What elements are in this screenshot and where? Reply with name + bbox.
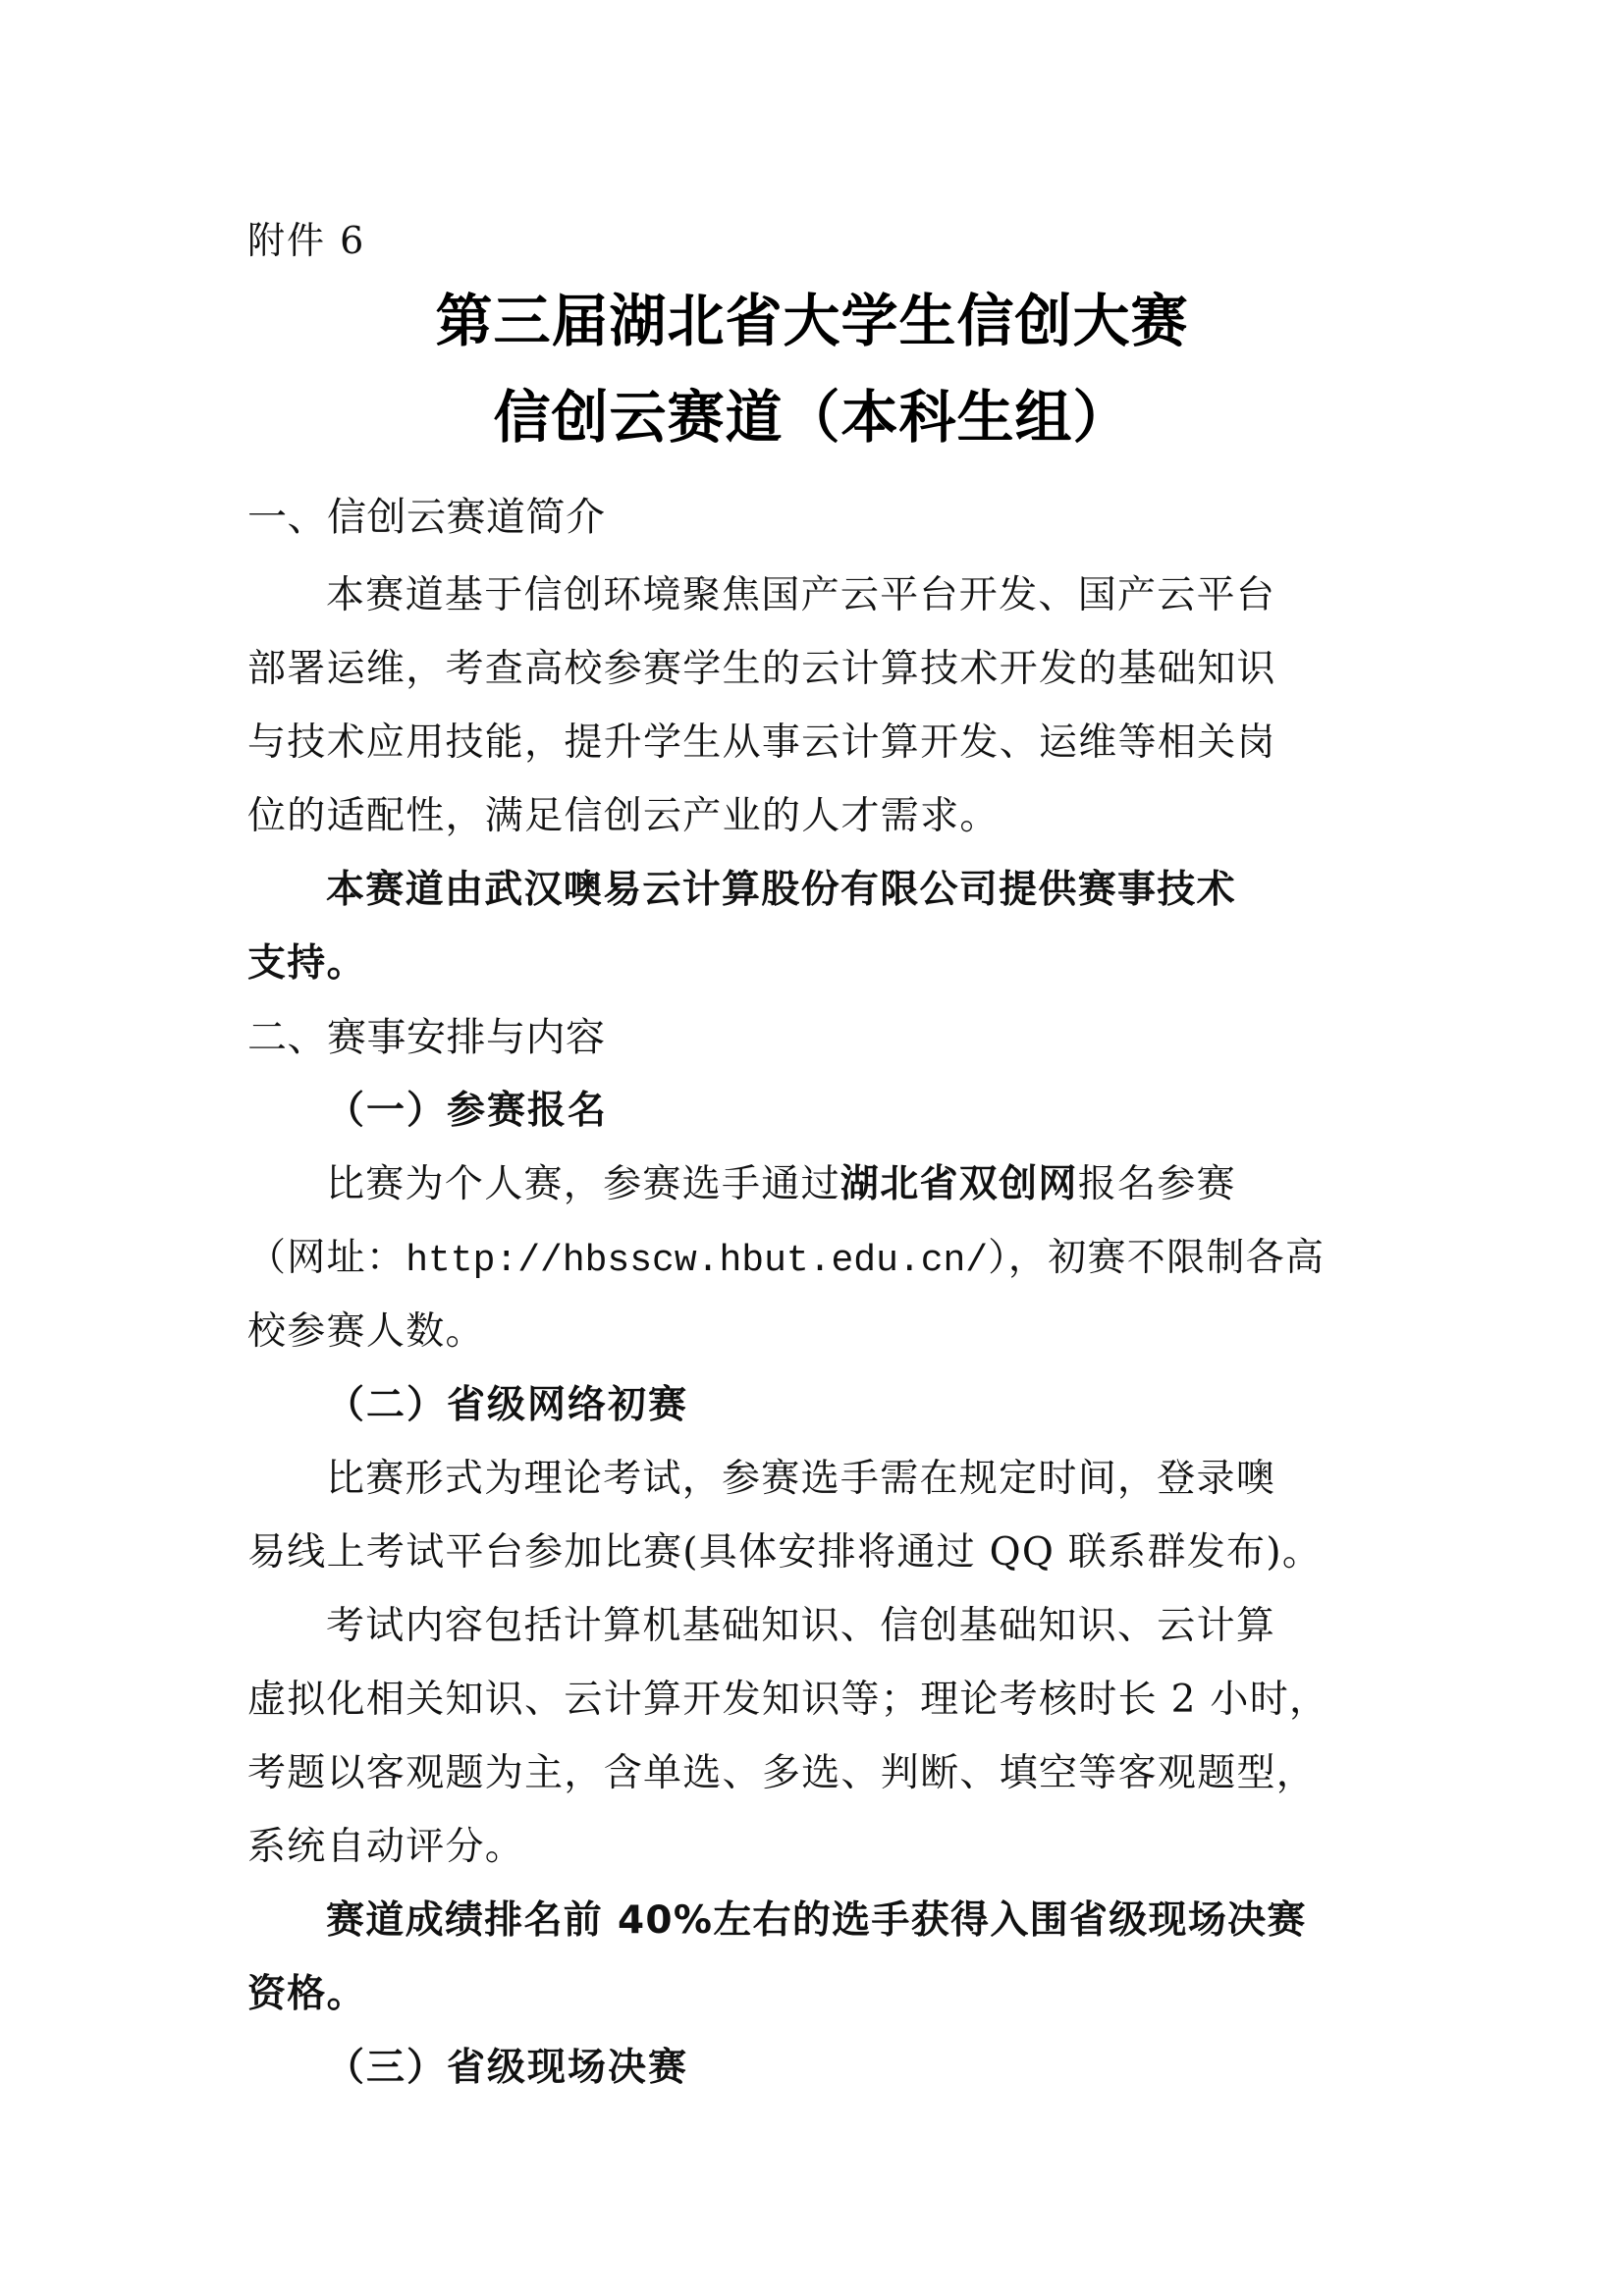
sub2-para-line: 虚拟化相关知识、云计算开发知识等；理论考核时长 2 小时， xyxy=(247,1676,1386,1725)
sub1-line: 比赛为个人赛，参赛选手通过湖北省双创网报名参赛 xyxy=(326,1160,1386,1209)
sub2-para-line: 系统自动评分。 xyxy=(247,1823,1386,1872)
section1-support-line: 本赛道由武汉噢易云计算股份有限公司提供赛事技术 xyxy=(326,866,1386,915)
section1-para-line: 位的适配性，满足信创云产业的人才需求。 xyxy=(247,792,1386,841)
sub1-heading: （一）参赛报名 xyxy=(326,1087,1465,1136)
sub1-text: ），初赛不限制各高 xyxy=(988,1236,1325,1280)
registration-url-link[interactable]: http://hbsscw.hbut.edu.cn/ xyxy=(406,1240,988,1282)
annex-label: 附件 6 xyxy=(247,216,365,265)
sub1-line: 校参赛人数。 xyxy=(247,1308,1386,1357)
sub1-text: （网址： xyxy=(247,1236,406,1280)
sub2-para-line: 比赛形式为理论考试，参赛选手需在规定时间，登录噢 xyxy=(326,1455,1386,1504)
sub2-para-line: 考试内容包括计算机基础知识、信创基础知识、云计算 xyxy=(326,1602,1386,1651)
sub2-heading: （二）省级网络初赛 xyxy=(326,1381,1465,1430)
document-title-line2: 信创云赛道（本科生组） xyxy=(0,383,1624,452)
sub2-para-line: 考题以客观题为主，含单选、多选、判断、填空等客观题型， xyxy=(247,1749,1386,1798)
sub3-heading: （三）省级现场决赛 xyxy=(326,2044,1465,2093)
section1-heading: 一、信创云赛道简介 xyxy=(247,493,1386,542)
section1-para-line: 与技术应用技能，提升学生从事云计算开发、运维等相关岗 xyxy=(247,719,1386,768)
section1-para-line: 部署运维，考查高校参赛学生的云计算技术开发的基础知识 xyxy=(247,645,1386,694)
qualify-line: 赛道成绩排名前 40%左右的选手获得入围省级现场决赛 xyxy=(326,1896,1386,1946)
document-page: 附件 6 第三届湖北省大学生信创大赛 信创云赛道（本科生组） 一、信创云赛道简介… xyxy=(0,0,1624,2296)
document-title-line1: 第三届湖北省大学生信创大赛 xyxy=(0,287,1624,355)
sub1-text: 比赛为个人赛，参赛选手通过 xyxy=(326,1162,840,1206)
sub2-para-line: 易线上考试平台参加比赛(具体安排将通过 QQ 联系群发布)。 xyxy=(247,1528,1386,1577)
platform-name: 湖北省双创网 xyxy=(840,1162,1078,1206)
section1-support-line: 支持。 xyxy=(247,939,1386,988)
sub1-line: （网址：http://hbsscw.hbut.edu.cn/），初赛不限制各高 xyxy=(247,1234,1386,1283)
sub1-text: 报名参赛 xyxy=(1078,1162,1236,1206)
qualify-line: 资格。 xyxy=(247,1970,1386,2019)
section1-para-line: 本赛道基于信创环境聚焦国产云平台开发、国产云平台 xyxy=(326,571,1386,620)
section2-heading: 二、赛事安排与内容 xyxy=(247,1013,1386,1062)
